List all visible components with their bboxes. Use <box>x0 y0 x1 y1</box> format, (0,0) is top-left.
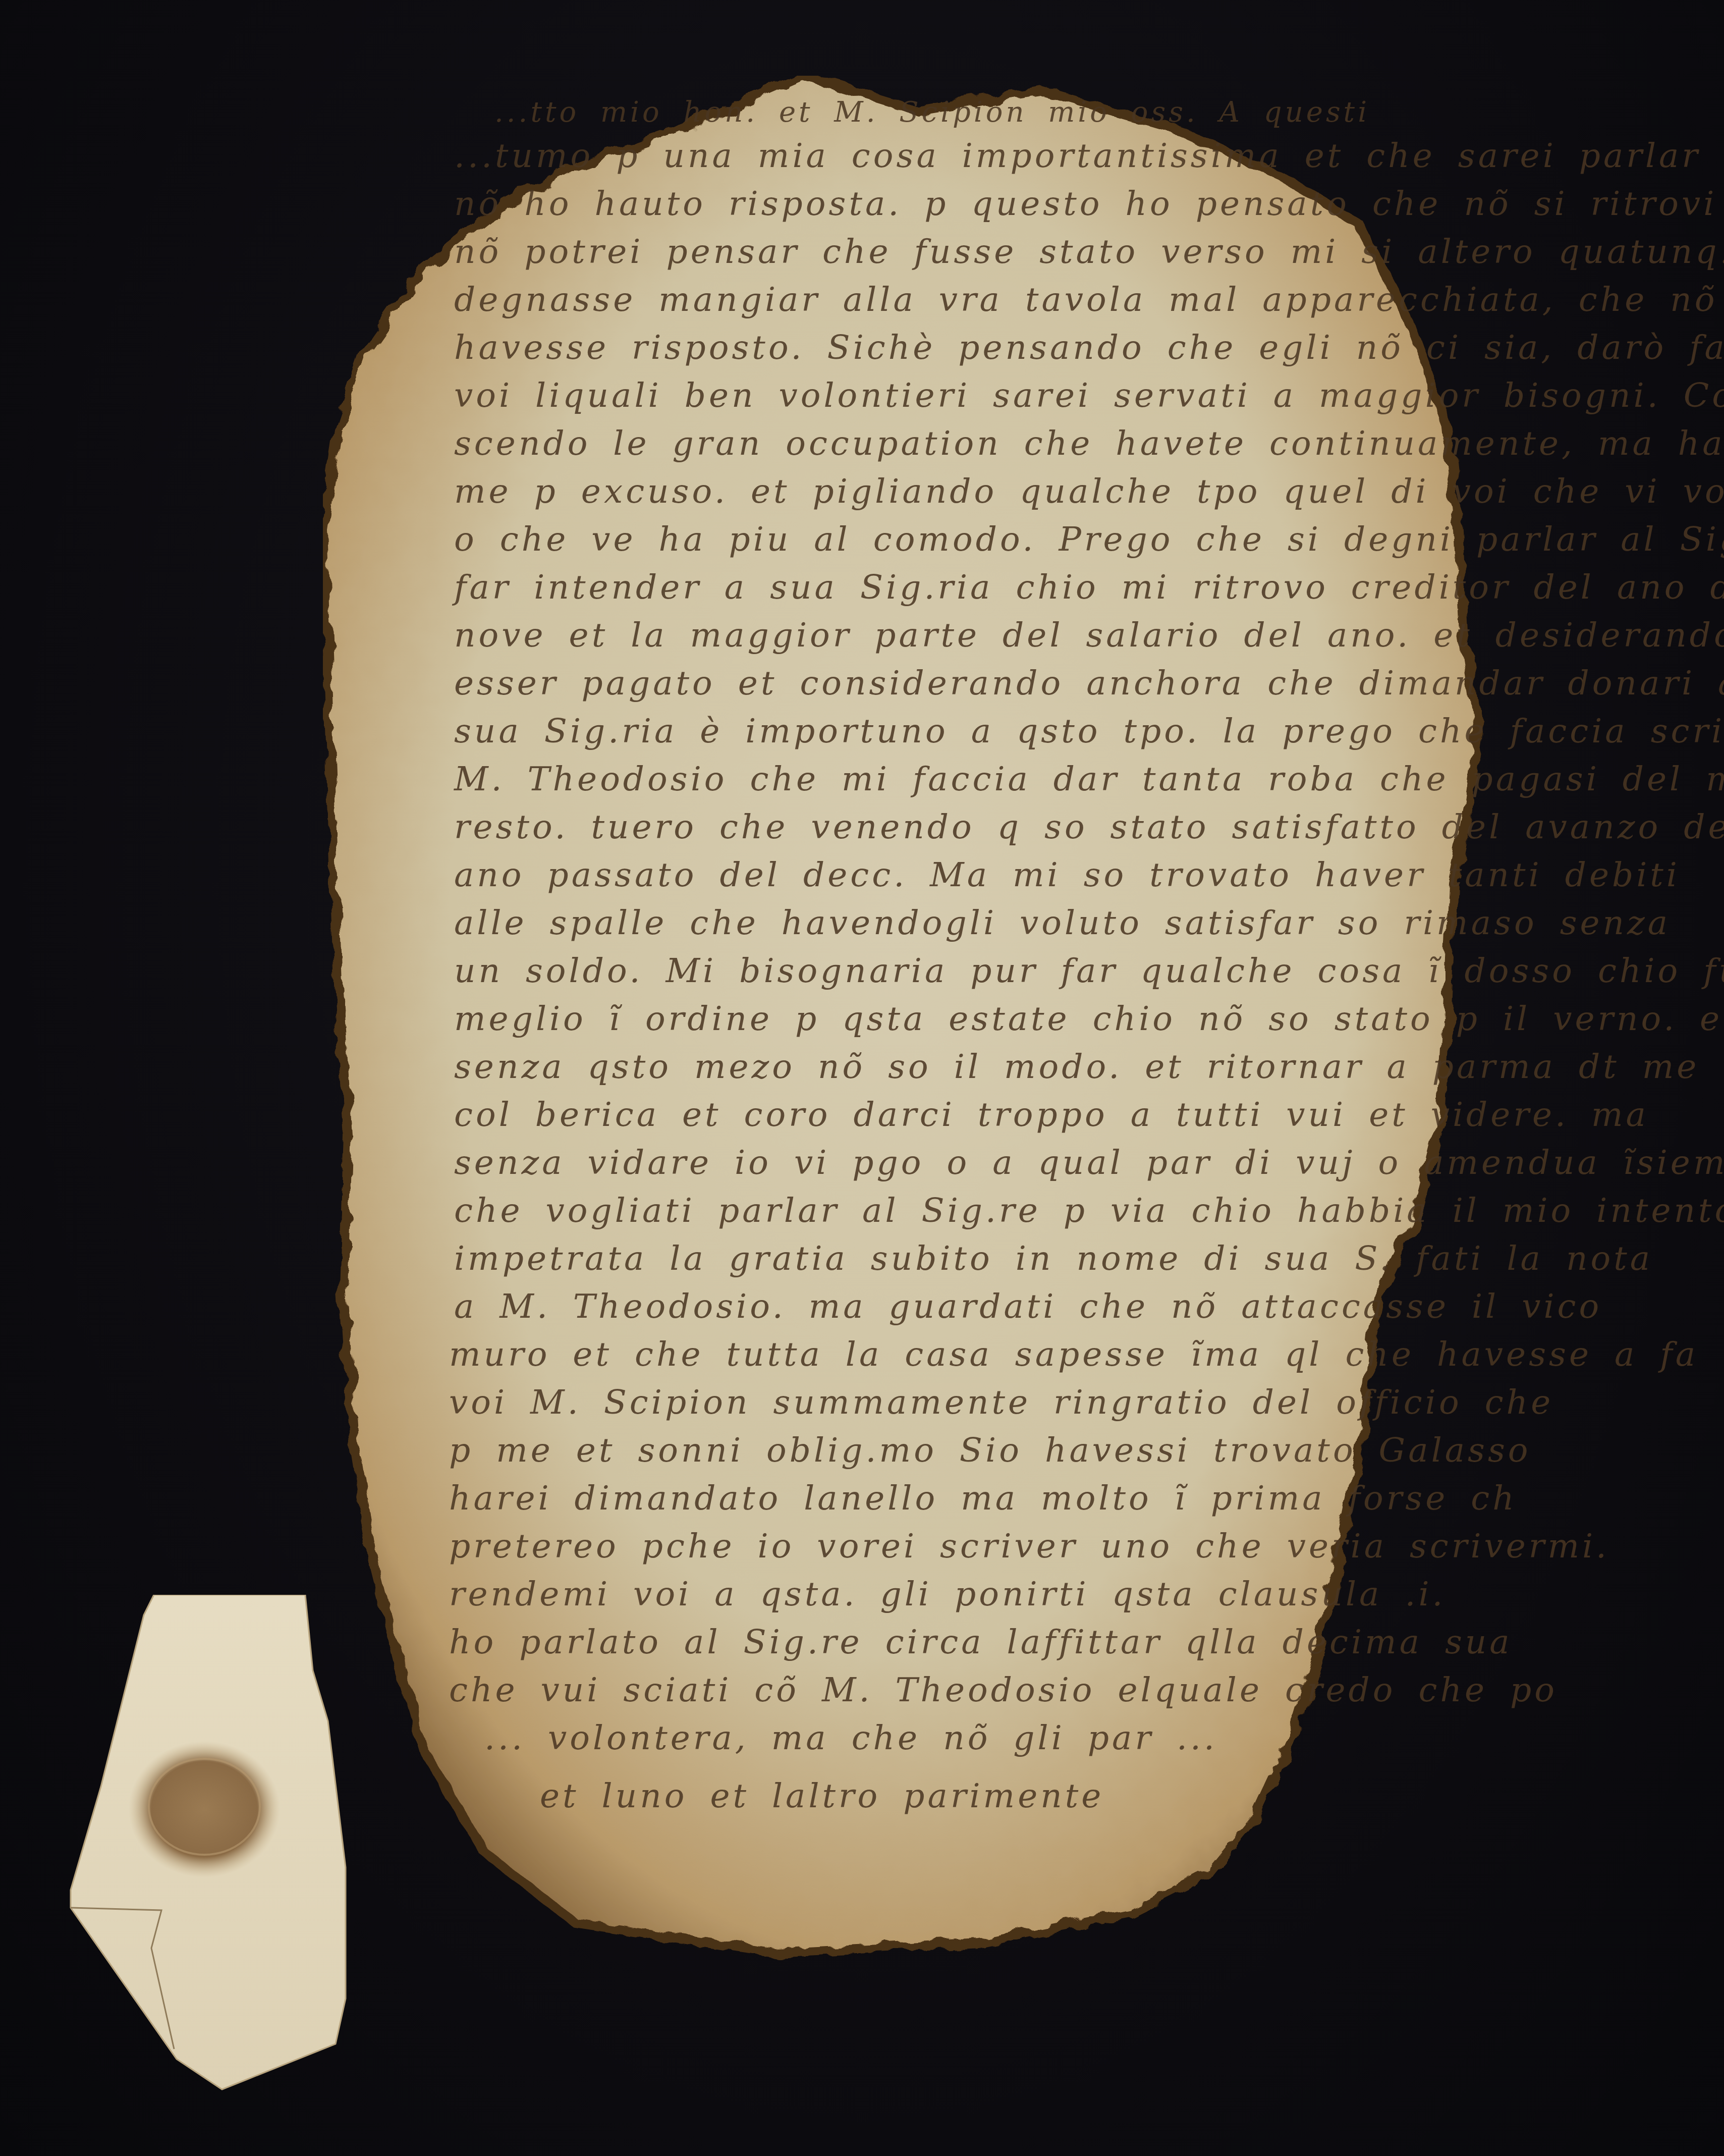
text-line: ...tumo p una mia cosa importantissima e… <box>454 136 1701 175</box>
text-line: a M. Theodosio. ma guardati che nõ attac… <box>454 1287 1602 1326</box>
text-line: me p excuso. et pigliando qualche tpo qu… <box>454 472 1724 511</box>
text-line: et luno et laltro parimente <box>540 1776 1104 1815</box>
seal-fragment <box>55 1595 459 2150</box>
text-line: col berica et coro darci troppo a tutti … <box>454 1095 1649 1134</box>
text-line: o che ve ha piu al comodo. Prego che si … <box>454 520 1724 559</box>
text-line: meglio ĩ ordine p qsta estate chio nõ so… <box>454 999 1724 1038</box>
text-line: voi M. Scipion summamente ringratio del … <box>449 1383 1553 1422</box>
text-line: che vogliati parlar al Sig.re p via chio… <box>454 1191 1724 1230</box>
text-line: p me et sonni oblig.mo Sio havessi trova… <box>449 1431 1531 1470</box>
text-line: harei dimandato lanello ma molto ĩ prima… <box>449 1479 1517 1518</box>
text-line: senza vidare io vi pgo o a qual par di v… <box>454 1143 1724 1182</box>
text-line: degnasse mangiar alla vra tavola mal app… <box>454 280 1724 319</box>
wax-seal-icon <box>129 1741 280 1877</box>
text-line: esser pagato et considerando anchora che… <box>454 664 1724 703</box>
text-line: voi liquali ben volontieri sarei servati… <box>454 376 1724 415</box>
text-line: ano passato del decc. Ma mi so trovato h… <box>454 855 1680 894</box>
text-line: che vui sciati cõ M. Theodosio elquale c… <box>449 1670 1558 1709</box>
text-line: nõ potrei pensar che fusse stato verso m… <box>454 232 1724 271</box>
text-line: ...tto mio hon. et M. Scipion mio oss. A… <box>494 96 1370 129</box>
text-line: muro et che tutta la casa sapesse ĩma ql… <box>449 1335 1698 1374</box>
text-line: ho parlato al Sig.re circa laffittar qll… <box>449 1623 1513 1661</box>
text-line: resto. tuero che venendo q so stato sati… <box>454 807 1724 846</box>
seal-fragment-shape <box>55 1595 459 2150</box>
text-line: nõ ho hauto risposta. p questo ho pensat… <box>454 184 1724 223</box>
text-line: havesse risposto. Sichè pensando che egl… <box>454 328 1724 367</box>
text-line: sua Sig.ria è importuno a qsto tpo. la p… <box>454 712 1724 750</box>
text-line: pretereo pche io vorei scriver uno che v… <box>449 1527 1609 1566</box>
text-line: rendemi voi a qsta. gli ponirti qsta cla… <box>449 1575 1445 1613</box>
text-line: scendo le gran occupation che havete con… <box>454 424 1724 463</box>
text-line: senza qsto mezo nõ so il modo. et ritorn… <box>454 1047 1699 1086</box>
letter-sheet: ...tto mio hon. et M. Scipion mio oss. A… <box>323 76 1724 2084</box>
text-line: far intender a sua Sig.ria chio mi ritro… <box>454 568 1724 607</box>
text-line: ... volontera, ma che nõ gli par ... <box>484 1718 1217 1757</box>
text-line: alle spalle che havendogli voluto satisf… <box>454 903 1671 942</box>
text-line: impetrata la gratia subito in nome di su… <box>454 1239 1653 1278</box>
text-line: nove et la maggior parte del salario del… <box>454 616 1724 655</box>
text-line: un soldo. Mi bisognaria pur far qualche … <box>454 951 1724 990</box>
text-line: M. Theodosio che mi faccia dar tanta rob… <box>454 760 1724 798</box>
